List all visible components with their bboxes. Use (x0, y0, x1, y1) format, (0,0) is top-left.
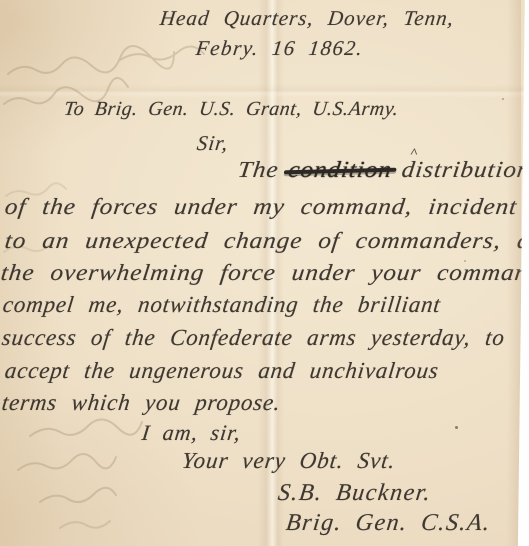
ink-speck (455, 426, 458, 429)
body-opening-line: Thecondition^distribution (236, 157, 529, 183)
body-line: accept the ungenerous and unchivalrous (3, 358, 440, 384)
body-line: success of the Confederate arms yesterda… (0, 325, 506, 351)
paper-edge-shadow (507, 0, 521, 546)
body-line: compel me, notwithstanding the brilliant (1, 292, 442, 318)
letter-page: Head Quarters, Dover, Tenn, Febry. 16 18… (0, 0, 529, 546)
heading-date-line: Febry. 16 1862. (194, 36, 365, 61)
ink-speck (502, 98, 504, 100)
address-line: To Brig. Gen. U.S. Grant, U.S.Army. (63, 98, 400, 121)
body-line: to an unexpected change of commanders, a… (3, 228, 529, 254)
body-opening-word: The (237, 157, 281, 182)
signature: S.B. Buckner. (276, 480, 433, 507)
horizontal-fold-crease (0, 84, 529, 98)
ink-speck (464, 260, 466, 262)
signature-rank-line: Brig. Gen. C.S.A. (284, 510, 492, 537)
struck-word: condition (287, 157, 394, 183)
body-line: the overwhelming force under your comman… (0, 260, 529, 286)
salutation: Sir, (195, 131, 230, 156)
closing-line: Your very Obt. Svt. (180, 448, 397, 474)
heading-place-line: Head Quarters, Dover, Tenn, (158, 6, 455, 31)
closing-line: I am, sir, (140, 420, 242, 446)
body-line: terms which you propose. (0, 390, 282, 416)
body-line: of the forces under my command, incident (3, 194, 518, 220)
